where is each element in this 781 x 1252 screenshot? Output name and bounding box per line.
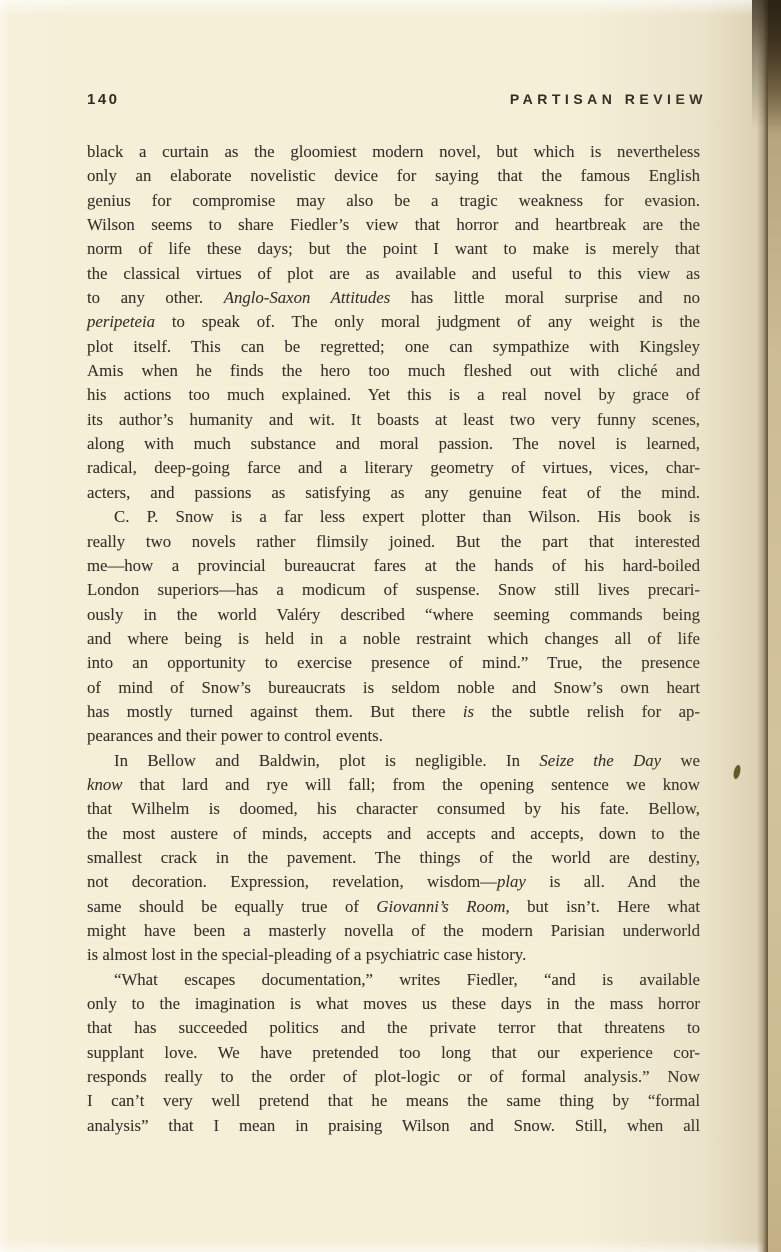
- text-line: Wilson seems to share Fiedler’s view tha…: [87, 213, 700, 237]
- text-segment: not decoration. Expression, revelation, …: [87, 872, 497, 891]
- text-segment: ously in the world Valéry described “whe…: [87, 605, 700, 624]
- page-number: 140: [87, 91, 120, 108]
- text-segment: acters, and passions as satisfying as an…: [87, 483, 700, 502]
- text-segment: really two novels rather flimsily joined…: [87, 532, 700, 551]
- scanned-page: 140 PARTISAN REVIEW black a curtain as t…: [0, 0, 781, 1252]
- text-line: smallest crack in the pavement. The thin…: [87, 846, 700, 870]
- text-segment: into an opportunity to exercise presence…: [87, 653, 700, 672]
- text-line: me—how a provincial bureaucrat fares at …: [87, 554, 700, 578]
- text-line: norm of life these days; but the point I…: [87, 237, 700, 261]
- text-segment: pearances and their power to control eve…: [87, 726, 383, 745]
- text-segment: and where being is held in a noble restr…: [87, 629, 700, 648]
- text-line: and where being is held in a noble restr…: [87, 627, 700, 651]
- page-text: black a curtain as the gloomiest modern …: [87, 140, 700, 1138]
- text-segment: supplant love. We have pretended too lon…: [87, 1043, 700, 1062]
- text-line: ously in the world Valéry described “whe…: [87, 603, 700, 627]
- italic-text-segment: know: [87, 775, 122, 794]
- text-line: black a curtain as the gloomiest modern …: [87, 140, 700, 164]
- text-line: London superiors—has a modicum of suspen…: [87, 578, 700, 602]
- text-line: the classical virtues of plot are as ava…: [87, 262, 700, 286]
- text-segment: In Bellow and Baldwin, plot is negligibl…: [114, 751, 539, 770]
- italic-text-segment: play: [497, 872, 526, 891]
- text-line: responds really to the order of plot-log…: [87, 1065, 700, 1089]
- italic-text-segment: peripeteia: [87, 312, 155, 331]
- text-line: might have been a masterly novella of th…: [87, 919, 700, 943]
- text-segment: the most austere of minds, accepts and a…: [87, 824, 700, 843]
- text-segment: but isn’t. Here what: [510, 897, 700, 916]
- text-line: supplant love. We have pretended too lon…: [87, 1041, 700, 1065]
- text-segment: plot itself. This can be regretted; one …: [87, 337, 700, 356]
- page-left-edge-highlight: [0, 0, 9, 1252]
- text-line: its author’s humanity and wit. It boasts…: [87, 408, 700, 432]
- text-line: radical, deep-going farce and a literary…: [87, 456, 700, 480]
- text-segment: genius for compromise may also be a trag…: [87, 191, 700, 210]
- text-line: of mind of Snow’s bureaucrats is seldom …: [87, 676, 700, 700]
- text-line: his actions too much explained. Yet this…: [87, 383, 700, 407]
- text-line: Amis when he finds the hero too much fle…: [87, 359, 700, 383]
- text-segment: norm of life these days; but the point I…: [87, 239, 700, 258]
- text-line: know that lard and rye will fall; from t…: [87, 773, 700, 797]
- text-segment: to any other.: [87, 288, 224, 307]
- text-segment: that Wilhelm is doomed, his character co…: [87, 799, 700, 818]
- text-segment: its author’s humanity and wit. It boasts…: [87, 410, 700, 429]
- text-line: along with much substance and moral pass…: [87, 432, 700, 456]
- text-segment: radical, deep-going farce and a literary…: [87, 458, 700, 477]
- text-segment: the subtle relish for ap-: [474, 702, 700, 721]
- text-line: C. P. Snow is a far less expert plotter …: [87, 505, 700, 529]
- text-segment: same should be equally true of: [87, 897, 376, 916]
- text-segment: the classical virtues of plot are as ava…: [87, 264, 700, 283]
- top-right-corner-shadow: [752, 0, 781, 130]
- text-segment: is almost lost in the special-pleading o…: [87, 945, 526, 964]
- text-line: peripeteia to speak of. The only moral j…: [87, 310, 700, 334]
- text-segment: his actions too much explained. Yet this…: [87, 385, 700, 404]
- text-line: I can’t very well pretend that he means …: [87, 1089, 700, 1113]
- text-segment: “What escapes documentation,” writes Fie…: [114, 970, 700, 989]
- text-line: not decoration. Expression, revelation, …: [87, 870, 700, 894]
- page-header: 140 PARTISAN REVIEW: [87, 91, 707, 108]
- text-segment: that lard and rye will fall; from the op…: [122, 775, 700, 794]
- ink-mark-artifact: [733, 765, 742, 780]
- page-bottom-edge-highlight: [0, 1240, 763, 1252]
- text-segment: of mind of Snow’s bureaucrats is seldom …: [87, 678, 700, 697]
- italic-text-segment: Giovanni’s Room,: [376, 897, 509, 916]
- text-line: acters, and passions as satisfying as an…: [87, 481, 700, 505]
- text-line: genius for compromise may also be a trag…: [87, 189, 700, 213]
- text-line: is almost lost in the special-pleading o…: [87, 943, 700, 967]
- italic-text-segment: is: [463, 702, 474, 721]
- text-segment: black a curtain as the gloomiest modern …: [87, 142, 700, 161]
- text-segment: to speak of. The only moral judgment of …: [155, 312, 700, 331]
- text-line: only to the imagination is what moves us…: [87, 992, 700, 1016]
- binding-crease-shadow: [757, 0, 768, 1252]
- text-segment: C. P. Snow is a far less expert plotter …: [114, 507, 700, 526]
- italic-text-segment: Seize the Day: [539, 751, 661, 770]
- page-top-edge-highlight: [0, 0, 763, 16]
- text-segment: only to the imagination is what moves us…: [87, 994, 700, 1013]
- text-segment: along with much substance and moral pass…: [87, 434, 700, 453]
- text-line: analysis” that I mean in praising Wilson…: [87, 1114, 700, 1138]
- text-segment: Amis when he finds the hero too much fle…: [87, 361, 700, 380]
- italic-text-segment: Anglo-Saxon Attitudes: [224, 288, 391, 307]
- text-segment: responds really to the order of plot-log…: [87, 1067, 700, 1086]
- text-segment: analysis” that I mean in praising Wilson…: [87, 1116, 700, 1135]
- text-line: really two novels rather flimsily joined…: [87, 530, 700, 554]
- text-segment: London superiors—has a modicum of suspen…: [87, 580, 700, 599]
- text-line: same should be equally true of Giovanni’…: [87, 895, 700, 919]
- text-segment: we: [661, 751, 700, 770]
- journal-title: PARTISAN REVIEW: [510, 91, 707, 107]
- text-line: the most austere of minds, accepts and a…: [87, 822, 700, 846]
- text-segment: is all. And the: [526, 872, 700, 891]
- text-line: “What escapes documentation,” writes Fie…: [87, 968, 700, 992]
- text-line: only an elaborate novelistic device for …: [87, 164, 700, 188]
- text-line: to any other. Anglo-Saxon Attitudes has …: [87, 286, 700, 310]
- text-segment: only an elaborate novelistic device for …: [87, 166, 700, 185]
- text-line: that has succeeded politics and the priv…: [87, 1016, 700, 1040]
- text-line: has mostly turned against them. But ther…: [87, 700, 700, 724]
- text-segment: has mostly turned against them. But ther…: [87, 702, 463, 721]
- text-segment: I can’t very well pretend that he means …: [87, 1091, 700, 1110]
- text-segment: smallest crack in the pavement. The thin…: [87, 848, 700, 867]
- text-line: into an opportunity to exercise presence…: [87, 651, 700, 675]
- text-segment: me—how a provincial bureaucrat fares at …: [87, 556, 700, 575]
- text-line: In Bellow and Baldwin, plot is negligibl…: [87, 749, 700, 773]
- text-segment: that has succeeded politics and the priv…: [87, 1018, 700, 1037]
- text-segment: Wilson seems to share Fiedler’s view tha…: [87, 215, 700, 234]
- text-line: plot itself. This can be regretted; one …: [87, 335, 700, 359]
- text-line: pearances and their power to control eve…: [87, 724, 700, 748]
- text-line: that Wilhelm is doomed, his character co…: [87, 797, 700, 821]
- page-stack-edge: [768, 0, 781, 1252]
- text-segment: has little moral surprise and no: [390, 288, 700, 307]
- text-segment: might have been a masterly novella of th…: [87, 921, 700, 940]
